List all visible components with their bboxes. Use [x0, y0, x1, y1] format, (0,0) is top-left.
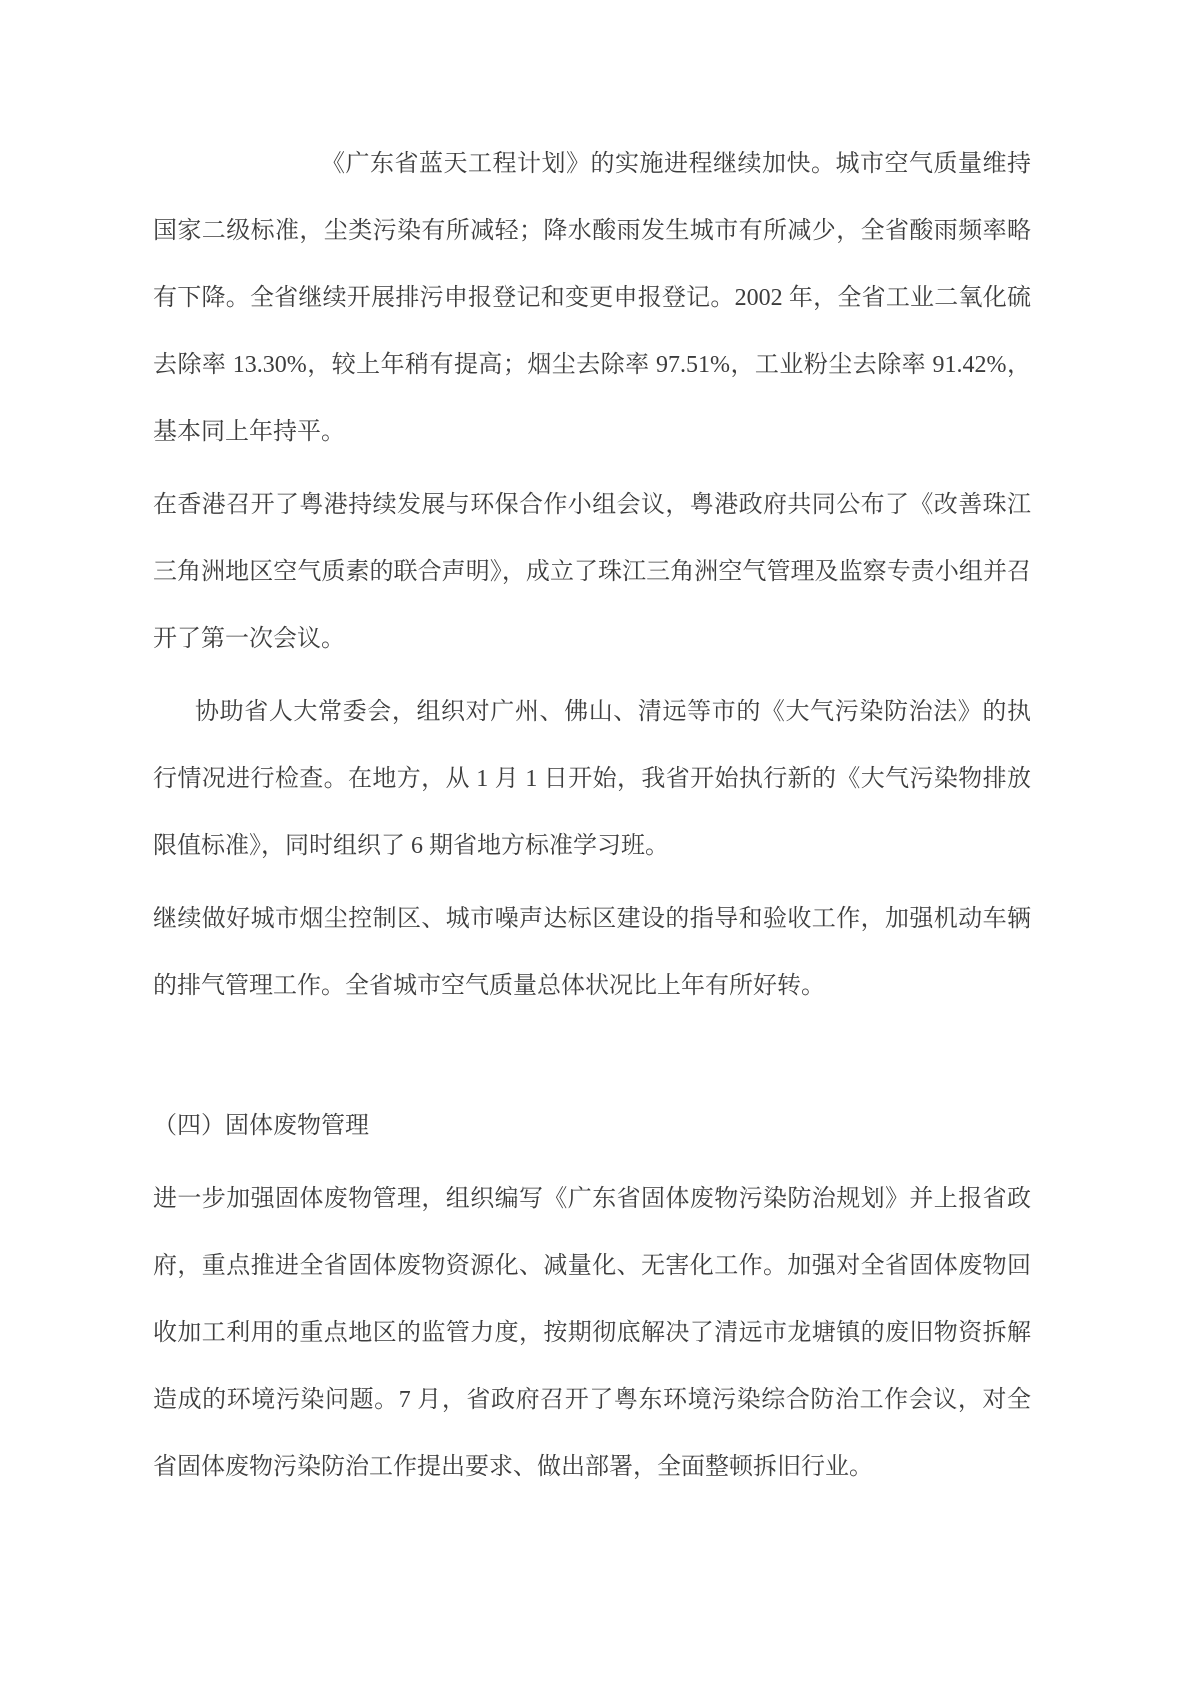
paragraph-air-pollution-law-inspection: 协助省人大常委会，组织对广州、佛山、清远等市的《大气污染防治法》的执行情况进行检…: [153, 679, 1031, 880]
paragraph-hk-guangdong-cooperation: 在香港召开了粤港持续发展与环保合作小组会议，粤港政府共同公布了《改善珠江三角洲地…: [153, 472, 1031, 673]
blank-line-spacer: [153, 1026, 1031, 1093]
section-heading-solid-waste: （四）固体废物管理: [153, 1093, 1031, 1160]
paragraph-air-quality-plan: 《广东省蓝天工程计划》的实施进程继续加快。城市空气质量维持国家二级标准，尘类污染…: [153, 131, 1031, 466]
document-page: 《广东省蓝天工程计划》的实施进程继续加快。城市空气质量维持国家二级标准，尘类污染…: [0, 0, 1191, 1684]
paragraph-dust-noise-control: 继续做好城市烟尘控制区、城市噪声达标区建设的指导和验收工作，加强机动车辆的排气管…: [153, 886, 1031, 1020]
paragraph-solid-waste-management: 进一步加强固体废物管理，组织编写《广东省固体废物污染防治规划》并上报省政府，重点…: [153, 1166, 1031, 1501]
